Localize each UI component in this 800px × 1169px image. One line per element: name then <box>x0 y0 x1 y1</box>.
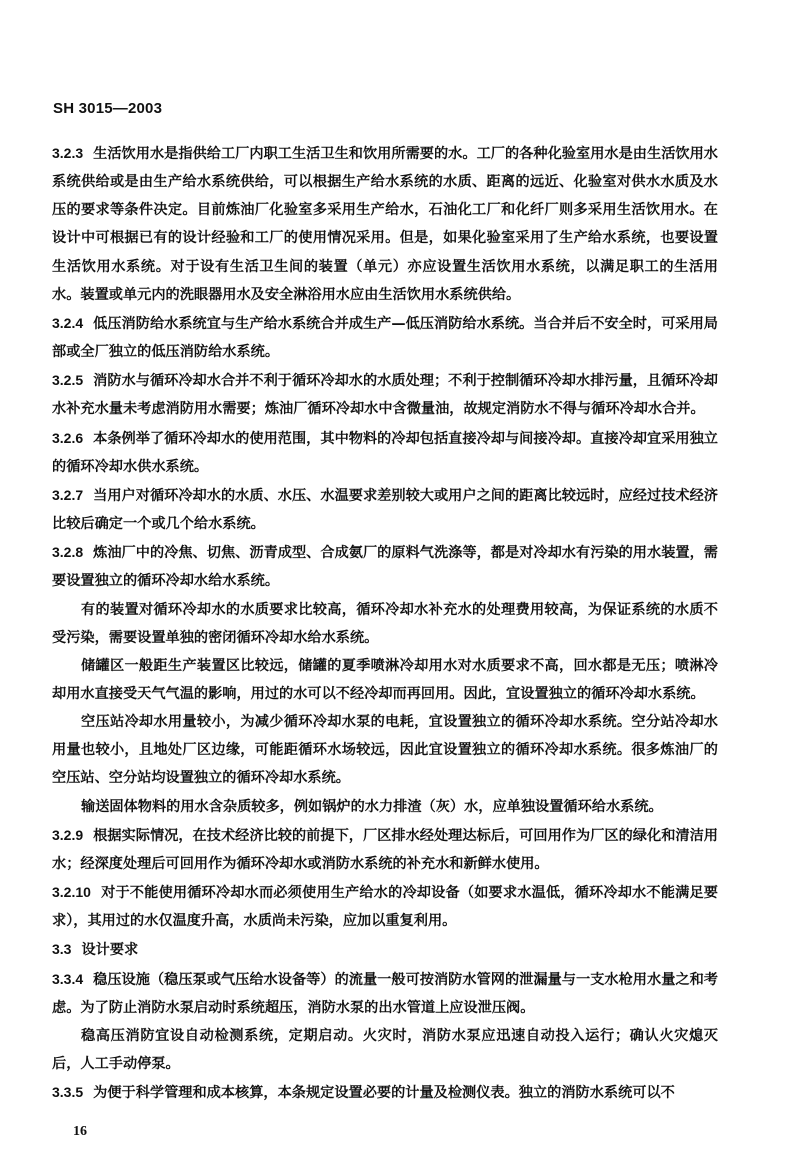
clause-3-2-8: 3.2.8炼油厂中的冷焦、切焦、沥青成型、合成氨厂的原料气洗涤等，都是对冷却水有… <box>52 538 718 595</box>
clause-text: 炼油厂中的冷焦、切焦、沥青成型、合成氨厂的原料气洗涤等，都是对冷却水有污染的用水… <box>52 545 718 589</box>
clause-3-2-3: 3.2.3生活饮用水是指供给工厂内职工生活卫生和饮用所需要的水。工厂的各种化验室… <box>52 139 718 309</box>
paragraph-text: 空压站冷却水用量较小，为减少循环冷却水泵的电耗，宜设置独立的循环冷却水系统。空分… <box>52 714 718 786</box>
paragraph-closed-loop: 有的装置对循环冷却水的水质要求比较高，循环冷却水补充水的处理费用较高，为保证系统… <box>52 596 718 652</box>
section-number: 3.3 <box>52 941 71 957</box>
document-code: SH 3015—2003 <box>53 100 162 117</box>
clause-number: 3.2.4 <box>52 315 83 331</box>
page-number: 16 <box>73 1124 87 1140</box>
clause-number: 3.2.5 <box>52 372 83 388</box>
clause-text: 低压消防给水系统宜与生产给水系统合并成生产—低压消防给水系统。当合并后不安全时，… <box>52 316 718 360</box>
paragraph-tank-area: 储罐区一般距生产装置区比较远，储罐的夏季喷淋冷却用水对水质要求不高，回水都是无压… <box>52 652 718 708</box>
clause-3-2-10: 3.2.10对于不能使用循环冷却水而必须使用生产给水的冷却设备（如要求水温低，循… <box>52 878 718 935</box>
clause-text: 根据实际情况，在技术经济比较的前提下，厂区排水经处理达标后，可回用作为厂区的绿化… <box>52 828 718 872</box>
paragraph-text: 输送固体物料的用水含杂质较多，例如锅炉的水力排渣（灰）水，应单独设置循环给水系统… <box>81 799 663 815</box>
clause-number: 3.3.5 <box>52 1084 83 1100</box>
paragraph-air-compressor: 空压站冷却水用量较小，为减少循环冷却水泵的电耗，宜设置独立的循环冷却水系统。空分… <box>52 708 718 792</box>
clause-text: 本条例举了循环冷却水的使用范围，其中物料的冷却包括直接冷却与间接冷却。直接冷却宜… <box>52 431 718 475</box>
clause-text: 当用户对循环冷却水的水质、水压、水温要求差别较大或用户之间的距离比较远时，应经过… <box>52 488 718 532</box>
clause-3-2-9: 3.2.9根据实际情况，在技术经济比较的前提下，厂区排水经处理达标后，可回用作为… <box>52 821 718 878</box>
clause-3-2-4: 3.2.4低压消防给水系统宜与生产给水系统合并成生产—低压消防给水系统。当合并后… <box>52 309 718 366</box>
paragraph-text: 储罐区一般距生产装置区比较远，储罐的夏季喷淋冷却用水对水质要求不高，回水都是无压… <box>52 658 718 702</box>
clause-text: 稳压设施（稳压泵或气压给水设备等）的流量一般可按消防水管网的泄漏量与一支水枪用水… <box>52 972 718 1016</box>
paragraph-text: 稳高压消防宜设自动检测系统，定期启动。火灾时，消防水泵应迅速自动投入运行；确认火… <box>52 1028 718 1072</box>
clause-number: 3.2.6 <box>52 430 83 446</box>
clause-3-3-4: 3.3.4稳压设施（稳压泵或气压给水设备等）的流量一般可按消防水管网的泄漏量与一… <box>52 965 718 1022</box>
clause-text: 消防水与循环冷却水合并不利于循环冷却水的水质处理；不利于控制循环冷却水排污量，且… <box>52 373 718 417</box>
clause-number: 3.2.3 <box>52 145 83 161</box>
clause-number: 3.2.10 <box>52 884 91 900</box>
clause-number: 3.2.9 <box>52 827 83 843</box>
document-body: 3.2.3生活饮用水是指供给工厂内职工生活卫生和饮用所需要的水。工厂的各种化验室… <box>52 139 718 1107</box>
section-heading-3-3: 3.3设计要求 <box>52 935 718 964</box>
clause-text: 生活饮用水是指供给工厂内职工生活卫生和饮用所需要的水。工厂的各种化验室用水是由生… <box>52 146 718 303</box>
paragraph-solid-transport: 输送固体物料的用水含杂质较多，例如锅炉的水力排渣（灰）水，应单独设置循环给水系统… <box>52 793 718 821</box>
clause-3-2-7: 3.2.7当用户对循环冷却水的水质、水压、水温要求差别较大或用户之间的距离比较远… <box>52 481 718 538</box>
clause-text: 对于不能使用循环冷却水而必须使用生产给水的冷却设备（如要求水温低，循环冷却水不能… <box>52 885 718 929</box>
clause-number: 3.3.4 <box>52 971 83 987</box>
clause-number: 3.2.8 <box>52 544 83 560</box>
paragraph-stable-pressure: 稳高压消防宜设自动检测系统，定期启动。火灾时，消防水泵应迅速自动投入运行；确认火… <box>52 1022 718 1078</box>
paragraph-text: 有的装置对循环冷却水的水质要求比较高，循环冷却水补充水的处理费用较高，为保证系统… <box>52 602 718 646</box>
clause-number: 3.2.7 <box>52 487 83 503</box>
clause-3-3-5: 3.3.5为便于科学管理和成本核算，本条规定设置必要的计量及检测仪表。独立的消防… <box>52 1078 718 1107</box>
clause-text: 为便于科学管理和成本核算，本条规定设置必要的计量及检测仪表。独立的消防水系统可以… <box>93 1085 675 1101</box>
clause-3-2-6: 3.2.6本条例举了循环冷却水的使用范围，其中物料的冷却包括直接冷却与间接冷却。… <box>52 424 718 481</box>
section-title: 设计要求 <box>81 942 138 958</box>
clause-3-2-5: 3.2.5消防水与循环冷却水合并不利于循环冷却水的水质处理；不利于控制循环冷却水… <box>52 366 718 423</box>
